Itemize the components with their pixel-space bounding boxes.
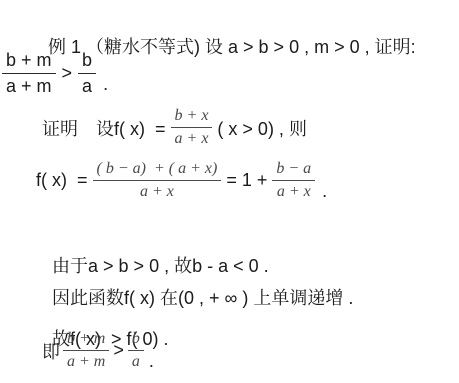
fraction-b-over-a: b a: [78, 50, 96, 96]
fraction-bm-over-am: b + m a + m: [2, 50, 56, 96]
fraction-numerator: b: [128, 330, 144, 351]
fx-rewrite-line: f( x) = ( b − a) + ( a + x) a + x = 1 + …: [36, 160, 327, 202]
fraction-numerator: ( b − a) + ( a + x): [93, 160, 222, 181]
fx-rewrite-prefix: f( x) =: [36, 170, 88, 191]
fraction-numerator: b − a: [272, 160, 315, 181]
greater-than-sign: >: [112, 340, 125, 361]
proof-definition-suffix: ( x > 0) , 则: [217, 115, 307, 141]
fraction-ba-over-ax: b − a a + x: [272, 160, 315, 202]
greater-than-sign: >: [61, 63, 74, 84]
fraction-numerator: b + x: [171, 107, 213, 128]
proof-definition-prefix: 证明 设f( x) =: [42, 115, 166, 141]
fraction-expanded-numerator-over-ax: ( b − a) + ( a + x) a + x: [93, 160, 222, 202]
conclusion-line: 即 b + m a + m > b a .: [42, 330, 154, 372]
fraction-numerator: b: [78, 50, 96, 74]
fraction-denominator: a + x: [93, 181, 222, 201]
period-mark: .: [101, 74, 108, 95]
fraction-denominator: a: [128, 351, 144, 371]
fraction-numerator: b + m: [63, 330, 109, 351]
fraction-denominator: a + m: [63, 351, 109, 371]
fraction-bm-over-am: b + m a + m: [63, 330, 109, 372]
fraction-denominator: a + x: [171, 128, 213, 148]
period-mark: .: [320, 181, 327, 202]
fraction-b-over-a: b a: [128, 330, 144, 372]
fraction-denominator: a + m: [2, 74, 56, 97]
fraction-denominator: a: [78, 74, 96, 97]
proof-definition-line: 证明 设f( x) = b + x a + x ( x > 0) , 则: [42, 107, 307, 149]
fraction-bx-over-ax: b + x a + x: [171, 107, 213, 149]
conclusion-prefix: 即: [42, 338, 60, 364]
equals-one-plus-text: = 1 +: [226, 170, 267, 191]
fraction-denominator: a + x: [272, 181, 315, 201]
fraction-numerator: b + m: [2, 50, 56, 74]
inequality-to-prove-line: b + m a + m > b a .: [2, 50, 108, 96]
period-mark: .: [147, 351, 154, 372]
